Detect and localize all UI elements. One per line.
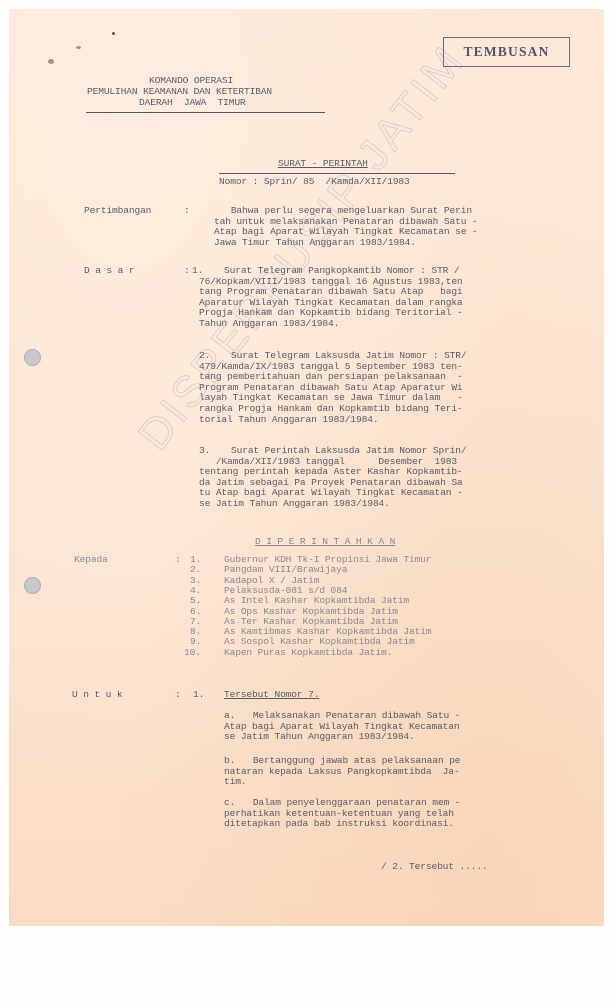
untuk-number: 1.	[193, 690, 204, 701]
untuk-subitem-letter: c.	[224, 798, 235, 809]
title-underline	[219, 173, 455, 174]
document-title: SURAT - PERINTAH	[278, 159, 368, 170]
punch-hole	[24, 349, 41, 366]
letterhead-line-3: DAERAH JAWA TIMUR	[139, 98, 246, 109]
punch-hole	[24, 577, 41, 594]
untuk-subitem-line: Dalam penyelenggaraan penataran mem -	[236, 798, 460, 809]
dasar-item-line: Surat Telegram Laksusda Jatim Nomor : ST…	[231, 351, 467, 362]
untuk-subitem-letter: b.	[224, 756, 235, 767]
untuk-heading: Tersebut Nomor 7.	[224, 690, 319, 701]
kepada-item: Kapen Puras Kopkamtibda Jatim.	[224, 648, 392, 659]
untuk-subitem-line: tim.	[224, 777, 246, 788]
dasar-label: D a s a r	[84, 266, 134, 277]
untuk-subitem-line: nataran kepada Laksus Pangkopkamtibda Ja…	[224, 767, 460, 778]
dasar-item-number: 1.	[192, 266, 203, 277]
kepada-label: Kepada	[74, 555, 108, 566]
letterhead-underline	[86, 112, 325, 113]
letterhead-line-2: PEMULIHAN KEAMANAN DAN KETERTIBAN	[87, 87, 272, 98]
ink-spot	[112, 32, 115, 35]
untuk-subitem-line: Bertanggung jawab atas pelaksanaan pe	[236, 756, 460, 767]
dasar-item-line: Surat Telegram Pangkopkamtib Nomor : STR…	[224, 266, 460, 277]
untuk-subitem-line: Melaksanakan Penataran dibawah Satu -	[236, 711, 460, 722]
letterhead-line-1: KOMANDO OPERASI	[149, 76, 233, 87]
document-number: Nomor : Sprin/ 85 /Kamda/XII/1983	[219, 177, 410, 188]
dasar-item-line: torial Tahun Anggaran 1983/1984.	[199, 415, 378, 426]
untuk-subitem-line: ditetapkan pada bab instruksi koordinasi…	[224, 819, 454, 830]
kepada-colon: :	[175, 555, 181, 566]
tembusan-stamp: TEMBUSAN	[443, 37, 570, 67]
dasar-item-line: se Jatim Tahun Anggaran 1983/1984.	[199, 499, 390, 510]
diperintahkan-heading: D I P E R I N T A H K A N	[255, 537, 395, 548]
untuk-label: U n t u k	[72, 690, 122, 701]
untuk-subitem-letter: a.	[224, 711, 235, 722]
pertimbangan-line: Jawa Timur Tahun Anggaran 1983/1984.	[214, 238, 416, 249]
stain-spot	[48, 59, 54, 64]
dasar-colon: :	[184, 266, 190, 277]
pertimbangan-label: Pertimbangan	[84, 206, 151, 217]
document-page: DISPERPUSIP JATIM TEMBUSAN KOMANDO OPERA…	[9, 9, 604, 926]
pertimbangan-line: Bahwa perlu segera mengeluarkan Surat Pe…	[214, 206, 472, 217]
continuation-note: / 2. Tersebut .....	[381, 862, 488, 873]
untuk-subitem-line: se Jatim Tahun Anggaran 1983/1984.	[224, 732, 415, 743]
stain-spot	[76, 46, 81, 49]
pertimbangan-colon: :	[184, 206, 190, 217]
dasar-item-number: 3.	[199, 446, 210, 457]
dasar-item-line: Tahun Anggaran 1983/1984.	[199, 319, 339, 330]
dasar-item-line: Surat Perintah Laksusda Jatim Nomor Spri…	[231, 446, 467, 457]
untuk-colon: :	[175, 690, 181, 701]
dasar-item-number: 2.	[199, 351, 210, 362]
kepada-item-number: 10.	[184, 648, 201, 659]
dasar-item-line: rangka Progja Hankam dan Kopkamtib bidan…	[199, 404, 463, 415]
